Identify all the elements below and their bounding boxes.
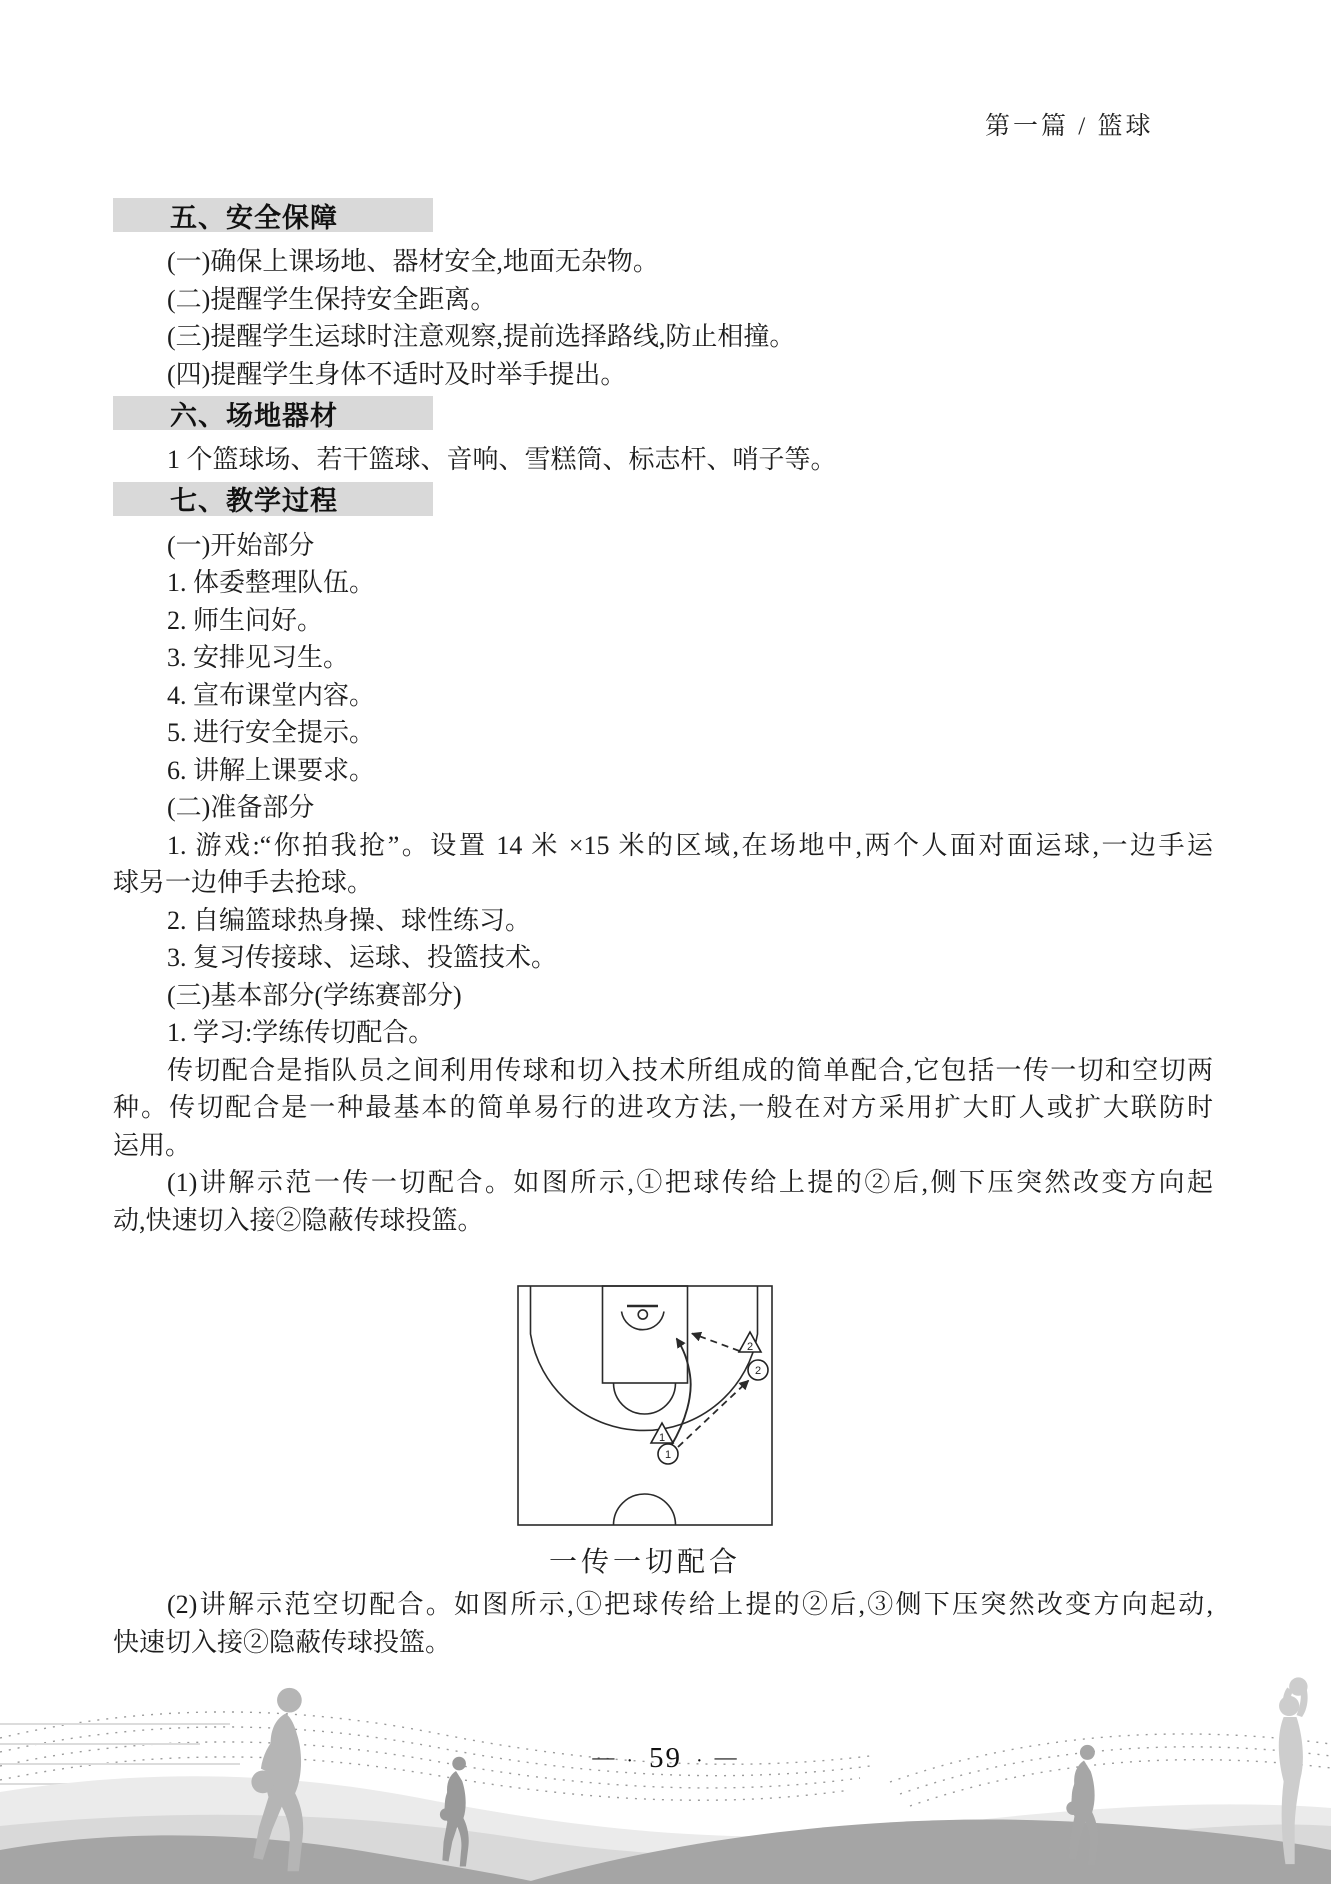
text-line: 1. 游戏:“你拍我抢”。设置 14 米 ×15 米的区域,在场地中,两个人面对… xyxy=(113,827,1213,865)
offense-1-label: 1 xyxy=(665,1449,671,1461)
text-line: 6. 讲解上课要求。 xyxy=(113,752,1213,790)
section-heading: 六、场地器材 xyxy=(113,396,433,430)
section-heading-text: 六、场地器材 xyxy=(170,394,338,433)
tactics-figure: 2 2 1 1 一传一切配合 xyxy=(95,1285,1195,1580)
court-boundary xyxy=(518,1286,772,1525)
text-line: (2)讲解示范空切配合。如图所示,①把球传给上提的②后,③侧下压突然改变方向起动… xyxy=(113,1586,1213,1624)
text-line: 种。传切配合是一种最基本的简单易行的进攻方法,一般在对方采用扩大盯人或扩大联防时 xyxy=(113,1089,1213,1127)
text-line: (三)提醒学生运球时注意观察,提前选择路线,防止相撞。 xyxy=(113,318,1213,356)
text-line: 1. 学习:学练传切配合。 xyxy=(113,1014,1213,1052)
page-number-dash-left: — xyxy=(592,1744,616,1769)
defender-1-label: 1 xyxy=(659,1432,665,1444)
text-line: (二)提醒学生保持安全距离。 xyxy=(113,281,1213,319)
text-line: (1)讲解示范一传一切配合。如图所示,①把球传给上提的②后,侧下压突然改变方向起 xyxy=(113,1164,1213,1202)
text-line: 5. 进行安全提示。 xyxy=(113,714,1213,752)
text-line: 球另一边伸手去抢球。 xyxy=(113,864,1213,902)
page-number: —·59·— xyxy=(0,1742,1331,1775)
text-line: (四)提醒学生身体不适时及时举手提出。 xyxy=(113,356,1213,394)
defender-2-label: 2 xyxy=(747,1341,753,1353)
section-heading-text: 七、教学过程 xyxy=(170,479,338,518)
text-line: 3. 安排见习生。 xyxy=(113,639,1213,677)
half-court-diagram: 2 2 1 1 xyxy=(517,1285,773,1526)
text-line: 2. 自编篮球热身操、球性练习。 xyxy=(113,902,1213,940)
section-heading: 五、安全保障 xyxy=(113,198,433,232)
text-line: (一)开始部分 xyxy=(113,527,1213,565)
text-line: 传切配合是指队员之间利用传球和切入技术所组成的简单配合,它包括一传一切和空切两 xyxy=(113,1052,1213,1090)
text-line: (一)确保上课场地、器材安全,地面无杂物。 xyxy=(113,243,1213,281)
basketball xyxy=(440,1808,452,1820)
key-lane xyxy=(603,1286,688,1383)
three-point-line xyxy=(531,1286,758,1430)
page-number-dot-right: · xyxy=(686,1750,715,1772)
text-line: 4. 宣布课堂内容。 xyxy=(113,677,1213,715)
text-flow-after-figure: (2)讲解示范空切配合。如图所示,①把球传给上提的②后,③侧下压突然改变方向起动… xyxy=(113,1586,1213,1661)
free-throw-arc xyxy=(614,1383,676,1414)
restricted-arc xyxy=(622,1312,665,1330)
section-heading-text: 五、安全保障 xyxy=(170,196,338,235)
hoop xyxy=(638,1310,647,1319)
page-number-value: 59 xyxy=(645,1742,686,1774)
text-line: 动,快速切入接②隐蔽传球投篮。 xyxy=(113,1202,1213,1240)
basketball xyxy=(1289,1677,1307,1695)
page-number-dash-right: — xyxy=(715,1744,739,1769)
text-line: (二)准备部分 xyxy=(113,789,1213,827)
pass-arrow-1-to-2 xyxy=(678,1381,749,1448)
figure-caption: 一传一切配合 xyxy=(549,1540,741,1580)
page-number-dot-left: · xyxy=(616,1750,645,1772)
text-line: 2. 师生问好。 xyxy=(113,602,1213,640)
text-line: 3. 复习传接球、运球、投篮技术。 xyxy=(113,939,1213,977)
text-line: 运用。 xyxy=(113,1127,1213,1165)
text-line: 快速切入接②隐蔽传球投篮。 xyxy=(113,1624,1213,1662)
page-content: 五、安全保障(一)确保上课场地、器材安全,地面无杂物。(二)提醒学生保持安全距离… xyxy=(113,198,1213,1661)
text-line: (三)基本部分(学练赛部分) xyxy=(113,977,1213,1015)
text-line: 1 个篮球场、若干篮球、音响、雪糕筒、标志杆、哨子等。 xyxy=(113,441,1213,479)
running-header: 第一篇 / 篮球 xyxy=(985,106,1165,142)
text-line: 1. 体委整理队伍。 xyxy=(113,564,1213,602)
section-heading: 七、教学过程 xyxy=(113,482,433,516)
pass-arrow-2-to-basket xyxy=(692,1334,740,1352)
offense-2-label: 2 xyxy=(755,1365,761,1377)
text-flow-before-figure: 五、安全保障(一)确保上课场地、器材安全,地面无杂物。(二)提醒学生保持安全距离… xyxy=(113,198,1213,1239)
center-circle xyxy=(614,1494,676,1525)
basketball xyxy=(1066,1801,1080,1815)
